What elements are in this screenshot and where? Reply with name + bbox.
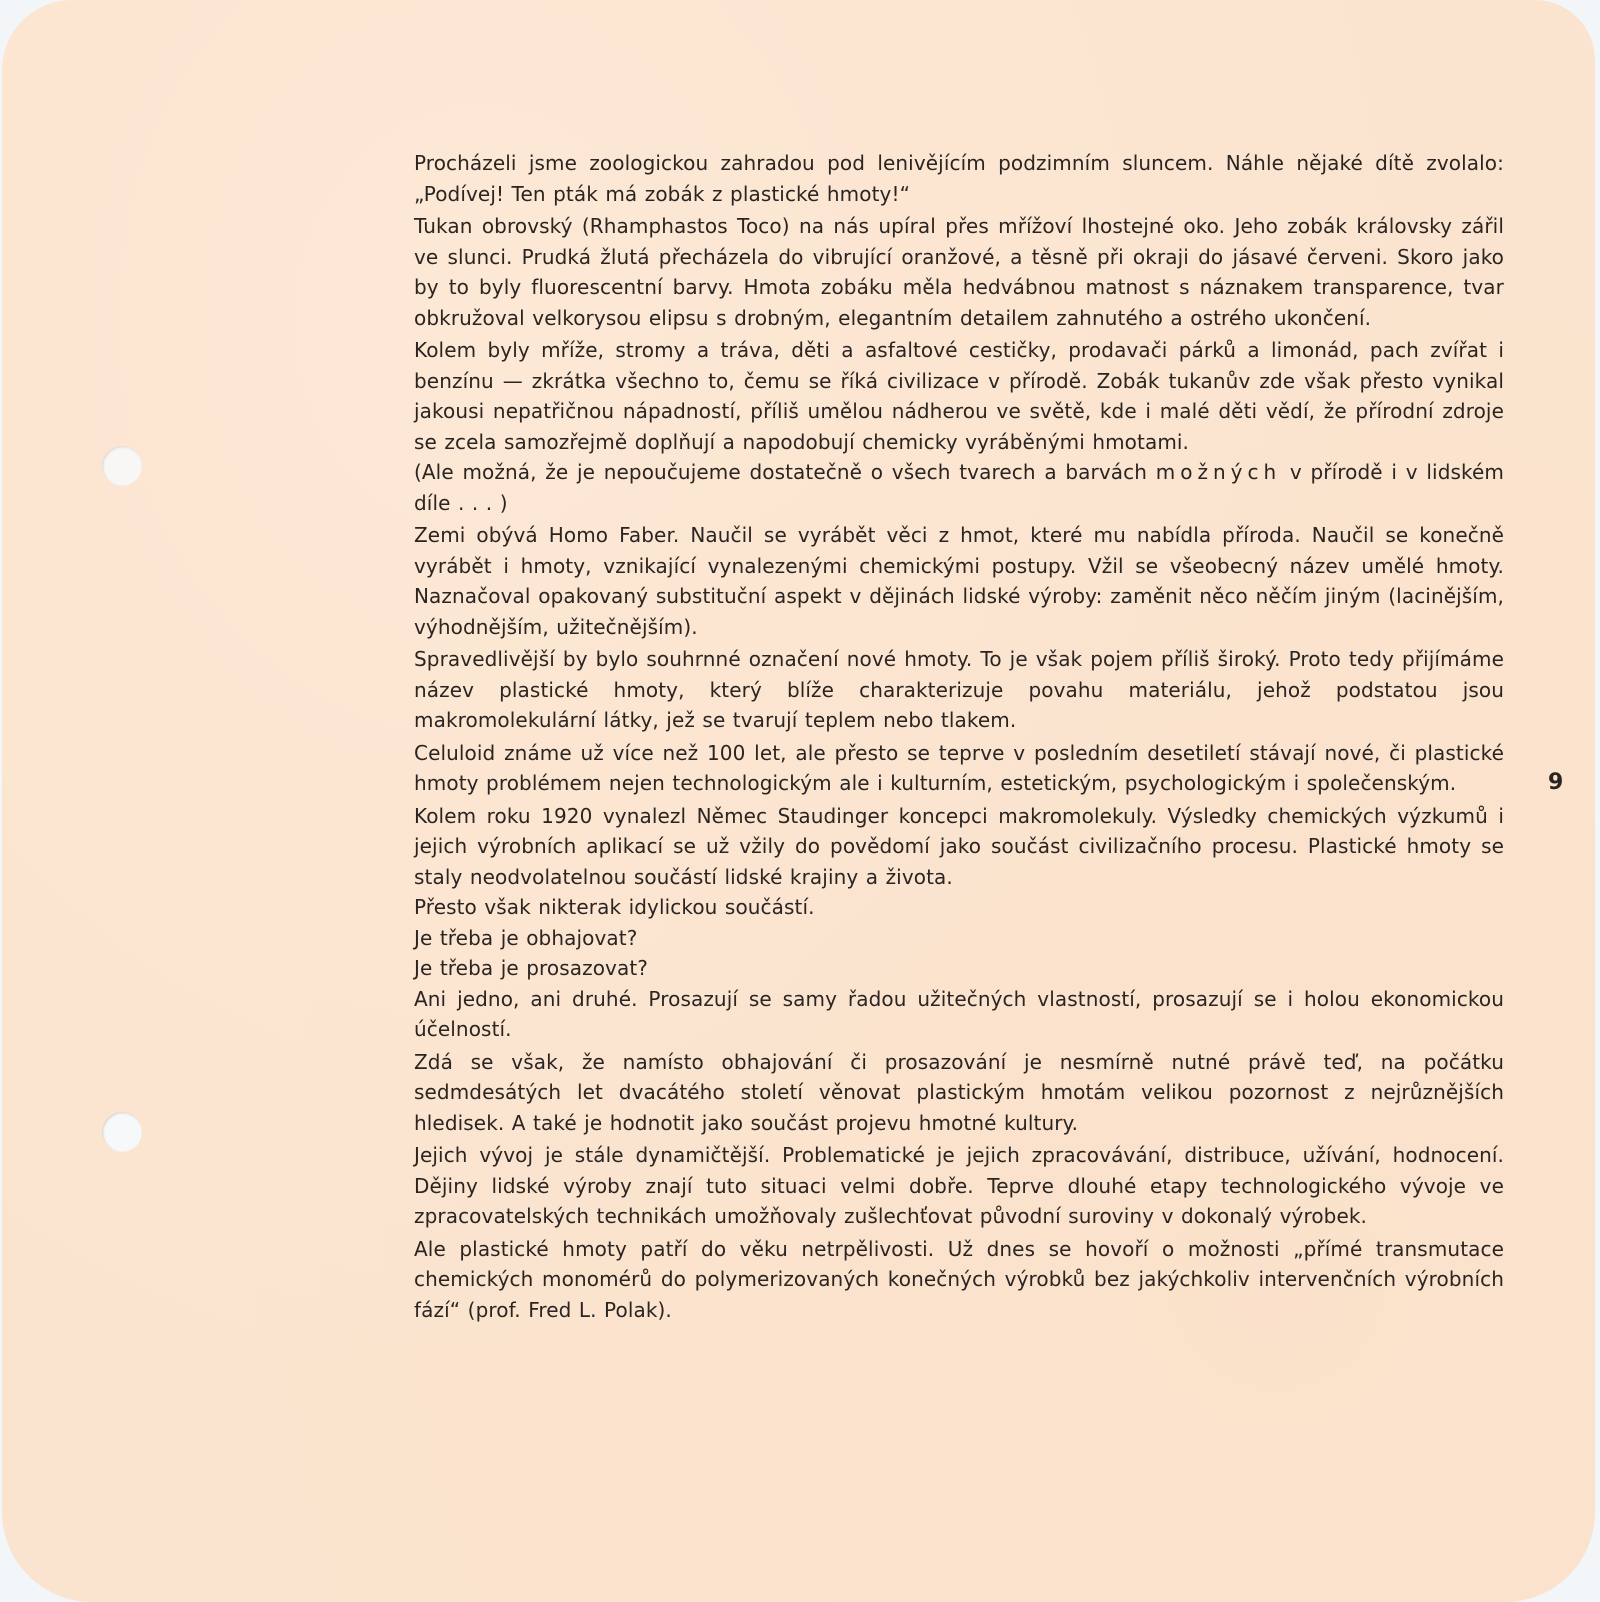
paragraph-zoo-walk: Procházeli jsme zoologickou zahradou pod… xyxy=(414,148,1504,209)
paragraph-attention: Zdá se však, že namísto obhajování či pr… xyxy=(414,1047,1504,1139)
paragraph-surroundings: Kolem byly mříže, stromy a tráva, děti a… xyxy=(414,335,1504,457)
paragraph-impatience: Ale plastické hmoty patří do věku netrpě… xyxy=(414,1234,1504,1326)
paragraph-homo-faber: Zemi obývá Homo Faber. Naučil se vyrábět… xyxy=(414,520,1504,642)
punch-hole-top xyxy=(102,446,142,486)
paragraph-toucan: Tukan obrovský (Rhamphastos Toco) na nás… xyxy=(414,211,1504,333)
paragraph-development: Jejich vývoj je stále dynamičtější. Prob… xyxy=(414,1140,1504,1232)
book-page: Procházeli jsme zoologickou zahradou pod… xyxy=(2,0,1595,1602)
aside-before: (Ale možná, že je nepoučujeme dostatečně… xyxy=(414,460,1156,484)
paragraph-neither: Ani jedno, ani druhé. Prosazují se samy … xyxy=(414,984,1504,1045)
paragraph-naming: Spravedlivější by bylo souhrnné označení… xyxy=(414,644,1504,736)
paragraph-staudinger: Kolem roku 1920 vynalezl Němec Staudinge… xyxy=(414,801,1504,893)
paragraph-celluloid: Celuloid známe už více než 100 let, ale … xyxy=(414,738,1504,799)
paragraph-not-idyllic: Přesto však nikterak idylickou součástí. xyxy=(414,892,1504,923)
page-number: 9 xyxy=(1548,770,1563,795)
paragraph-aside: (Ale možná, že je nepoučujeme dostatečně… xyxy=(414,457,1504,518)
punch-hole-bottom xyxy=(102,1112,142,1152)
body-text: Procházeli jsme zoologickou zahradou pod… xyxy=(414,148,1504,1327)
paragraph-question-defend: Je třeba je obhajovat? xyxy=(414,923,1504,954)
paragraph-question-promote: Je třeba je prosazovat? xyxy=(414,953,1504,984)
aside-emphasis: možných xyxy=(1156,460,1281,484)
